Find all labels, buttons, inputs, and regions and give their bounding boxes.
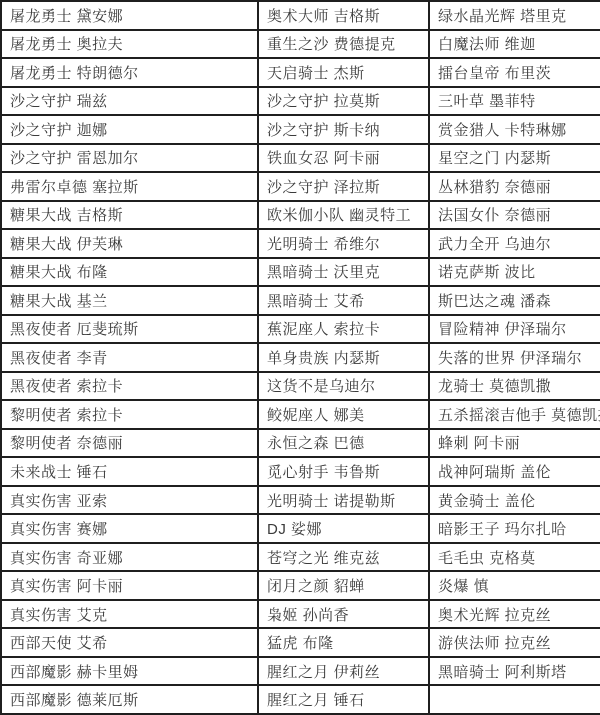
skin-name-cell: 光明骑士 诺提勒斯 bbox=[258, 486, 429, 515]
skin-name-cell: 糖果大战 布隆 bbox=[1, 258, 258, 287]
skin-name-cell: 法国女仆 奈德丽 bbox=[429, 201, 600, 230]
skin-name-cell: 未来战士 锤石 bbox=[1, 457, 258, 486]
table-row: 未来战士 锤石觅心射手 韦鲁斯战神阿瑞斯 盖伦 bbox=[1, 457, 600, 486]
skin-name-cell: 黑暗骑士 阿利斯塔 bbox=[429, 657, 600, 686]
skin-name-cell: 沙之守护 斯卡纳 bbox=[258, 115, 429, 144]
skin-name-cell: 真实伤害 赛娜 bbox=[1, 514, 258, 543]
skin-name-cell: 擂台皇帝 布里茨 bbox=[429, 58, 600, 87]
skin-name-cell: 真实伤害 亚索 bbox=[1, 486, 258, 515]
skin-name-cell: 觅心射手 韦鲁斯 bbox=[258, 457, 429, 486]
skin-name-cell: 战神阿瑞斯 盖伦 bbox=[429, 457, 600, 486]
skin-name-cell: 黑暗骑士 艾希 bbox=[258, 286, 429, 315]
skin-name-cell: 游侠法师 拉克丝 bbox=[429, 628, 600, 657]
skin-name-cell: 屠龙勇士 特朗德尔 bbox=[1, 58, 258, 87]
skin-name-cell: 沙之守护 迦娜 bbox=[1, 115, 258, 144]
skin-name-cell: 糖果大战 基兰 bbox=[1, 286, 258, 315]
skin-name-cell: 糖果大战 吉格斯 bbox=[1, 201, 258, 230]
skin-name-cell: 黎明使者 奈德丽 bbox=[1, 429, 258, 458]
table-row: 真实伤害 奇亚娜苍穹之光 维克兹毛毛虫 克格莫 bbox=[1, 543, 600, 572]
skin-name-cell: 毛毛虫 克格莫 bbox=[429, 543, 600, 572]
table-row: 真实伤害 艾克枭姬 孙尚香奥术光辉 拉克丝 bbox=[1, 600, 600, 629]
table-row: 黑夜使者 索拉卡这货不是乌迪尔龙骑士 莫德凯撒 bbox=[1, 372, 600, 401]
table-row: 糖果大战 伊芙琳光明骑士 希维尔武力全开 乌迪尔 bbox=[1, 229, 600, 258]
skin-name-cell: 屠龙勇士 奥拉夫 bbox=[1, 30, 258, 59]
table-row: 黎明使者 索拉卡鲛妮座人 娜美五杀摇滚吉他手 莫德凯撒 bbox=[1, 400, 600, 429]
skin-name-cell: 真实伤害 艾克 bbox=[1, 600, 258, 629]
skin-name-cell: 真实伤害 奇亚娜 bbox=[1, 543, 258, 572]
skin-name-cell: 欧米伽小队 幽灵特工 bbox=[258, 201, 429, 230]
table-row: 糖果大战 基兰黑暗骑士 艾希斯巴达之魂 潘森 bbox=[1, 286, 600, 315]
skin-name-cell: 真实伤害 阿卡丽 bbox=[1, 571, 258, 600]
table-row: 黑夜使者 李青单身贵族 内瑟斯失落的世界 伊泽瑞尔 bbox=[1, 343, 600, 372]
table-row: 西部天使 艾希猛虎 布隆游侠法师 拉克丝 bbox=[1, 628, 600, 657]
skin-name-cell: 赏金猎人 卡特琳娜 bbox=[429, 115, 600, 144]
table-row: 屠龙勇士 奥拉夫重生之沙 费德提克白魔法师 维迦 bbox=[1, 30, 600, 59]
table-row: 西部魔影 德莱厄斯腥红之月 锤石 bbox=[1, 685, 600, 714]
skin-name-cell: 光明骑士 希维尔 bbox=[258, 229, 429, 258]
skin-name-cell: 枭姬 孙尚香 bbox=[258, 600, 429, 629]
skin-name-cell: 糖果大战 伊芙琳 bbox=[1, 229, 258, 258]
skin-name-cell: 天启骑士 杰斯 bbox=[258, 58, 429, 87]
skin-name-cell: 蜂刺 阿卡丽 bbox=[429, 429, 600, 458]
skin-name-cell: 暗影王子 玛尔扎哈 bbox=[429, 514, 600, 543]
skin-list-table: 屠龙勇士 黛安娜奥术大师 吉格斯绿水晶光辉 塔里克屠龙勇士 奥拉夫重生之沙 费德… bbox=[0, 0, 600, 715]
skin-name-cell: 沙之守护 泽拉斯 bbox=[258, 172, 429, 201]
skin-name-cell: 铁血女忍 阿卡丽 bbox=[258, 144, 429, 173]
skin-name-cell: 单身贵族 内瑟斯 bbox=[258, 343, 429, 372]
table-row: 真实伤害 赛娜DJ 娑娜暗影王子 玛尔扎哈 bbox=[1, 514, 600, 543]
skin-name-cell: 重生之沙 费德提克 bbox=[258, 30, 429, 59]
table-row: 真实伤害 亚索光明骑士 诺提勒斯黄金骑士 盖伦 bbox=[1, 486, 600, 515]
skin-name-cell: 五杀摇滚吉他手 莫德凯撒 bbox=[429, 400, 600, 429]
skin-name-cell: 黎明使者 索拉卡 bbox=[1, 400, 258, 429]
skin-name-cell: 沙之守护 瑞兹 bbox=[1, 87, 258, 116]
skin-name-cell: 西部天使 艾希 bbox=[1, 628, 258, 657]
table-row: 西部魔影 赫卡里姆腥红之月 伊莉丝黑暗骑士 阿利斯塔 bbox=[1, 657, 600, 686]
skin-name-cell: 黑夜使者 李青 bbox=[1, 343, 258, 372]
table-row: 黑夜使者 厄斐琉斯蕉泥座人 索拉卡冒险精神 伊泽瑞尔 bbox=[1, 315, 600, 344]
skin-name-cell: 蕉泥座人 索拉卡 bbox=[258, 315, 429, 344]
skin-name-cell: 西部魔影 德莱厄斯 bbox=[1, 685, 258, 714]
skin-name-cell: 冒险精神 伊泽瑞尔 bbox=[429, 315, 600, 344]
table-row: 屠龙勇士 黛安娜奥术大师 吉格斯绿水晶光辉 塔里克 bbox=[1, 1, 600, 30]
skin-name-cell: 永恒之森 巴德 bbox=[258, 429, 429, 458]
skin-name-cell: 腥红之月 伊莉丝 bbox=[258, 657, 429, 686]
skin-name-cell: 苍穹之光 维克兹 bbox=[258, 543, 429, 572]
table-row: 糖果大战 吉格斯欧米伽小队 幽灵特工法国女仆 奈德丽 bbox=[1, 201, 600, 230]
skin-name-cell: 星空之门 内瑟斯 bbox=[429, 144, 600, 173]
skin-name-cell: 闭月之颜 貂蝉 bbox=[258, 571, 429, 600]
skin-name-cell: 黑夜使者 厄斐琉斯 bbox=[1, 315, 258, 344]
skin-name-cell: 腥红之月 锤石 bbox=[258, 685, 429, 714]
skin-name-cell: 黑暗骑士 沃里克 bbox=[258, 258, 429, 287]
skin-name-cell: 绿水晶光辉 塔里克 bbox=[429, 1, 600, 30]
skin-name-cell: 沙之守护 拉莫斯 bbox=[258, 87, 429, 116]
skin-name-cell: 奥术光辉 拉克丝 bbox=[429, 600, 600, 629]
skin-name-cell: 斯巴达之魂 潘森 bbox=[429, 286, 600, 315]
skin-name-cell: 弗雷尔卓德 塞拉斯 bbox=[1, 172, 258, 201]
empty-cell bbox=[429, 685, 600, 714]
table-row: 弗雷尔卓德 塞拉斯沙之守护 泽拉斯丛林猎豹 奈德丽 bbox=[1, 172, 600, 201]
table-row: 沙之守护 迦娜沙之守护 斯卡纳赏金猎人 卡特琳娜 bbox=[1, 115, 600, 144]
skin-name-cell: 沙之守护 雷恩加尔 bbox=[1, 144, 258, 173]
skin-name-cell: 猛虎 布隆 bbox=[258, 628, 429, 657]
table-row: 黎明使者 奈德丽永恒之森 巴德蜂刺 阿卡丽 bbox=[1, 429, 600, 458]
skin-name-cell: 黑夜使者 索拉卡 bbox=[1, 372, 258, 401]
table-row: 糖果大战 布隆黑暗骑士 沃里克诺克萨斯 波比 bbox=[1, 258, 600, 287]
skin-name-cell: 屠龙勇士 黛安娜 bbox=[1, 1, 258, 30]
skin-name-cell: 奥术大师 吉格斯 bbox=[258, 1, 429, 30]
skin-name-cell: 丛林猎豹 奈德丽 bbox=[429, 172, 600, 201]
skin-name-cell: 白魔法师 维迦 bbox=[429, 30, 600, 59]
skin-name-cell: 西部魔影 赫卡里姆 bbox=[1, 657, 258, 686]
skin-name-cell: 鲛妮座人 娜美 bbox=[258, 400, 429, 429]
table-row: 真实伤害 阿卡丽闭月之颜 貂蝉炎爆 慎 bbox=[1, 571, 600, 600]
table-row: 沙之守护 雷恩加尔铁血女忍 阿卡丽星空之门 内瑟斯 bbox=[1, 144, 600, 173]
skin-table-body: 屠龙勇士 黛安娜奥术大师 吉格斯绿水晶光辉 塔里克屠龙勇士 奥拉夫重生之沙 费德… bbox=[1, 1, 600, 714]
skin-name-cell: 炎爆 慎 bbox=[429, 571, 600, 600]
skin-name-cell: 龙骑士 莫德凯撒 bbox=[429, 372, 600, 401]
skin-name-cell: 诺克萨斯 波比 bbox=[429, 258, 600, 287]
skin-name-cell: DJ 娑娜 bbox=[258, 514, 429, 543]
skin-name-cell: 黄金骑士 盖伦 bbox=[429, 486, 600, 515]
skin-name-cell: 武力全开 乌迪尔 bbox=[429, 229, 600, 258]
table-row: 沙之守护 瑞兹沙之守护 拉莫斯三叶草 墨菲特 bbox=[1, 87, 600, 116]
skin-name-cell: 失落的世界 伊泽瑞尔 bbox=[429, 343, 600, 372]
table-row: 屠龙勇士 特朗德尔天启骑士 杰斯擂台皇帝 布里茨 bbox=[1, 58, 600, 87]
skin-name-cell: 这货不是乌迪尔 bbox=[258, 372, 429, 401]
skin-name-cell: 三叶草 墨菲特 bbox=[429, 87, 600, 116]
